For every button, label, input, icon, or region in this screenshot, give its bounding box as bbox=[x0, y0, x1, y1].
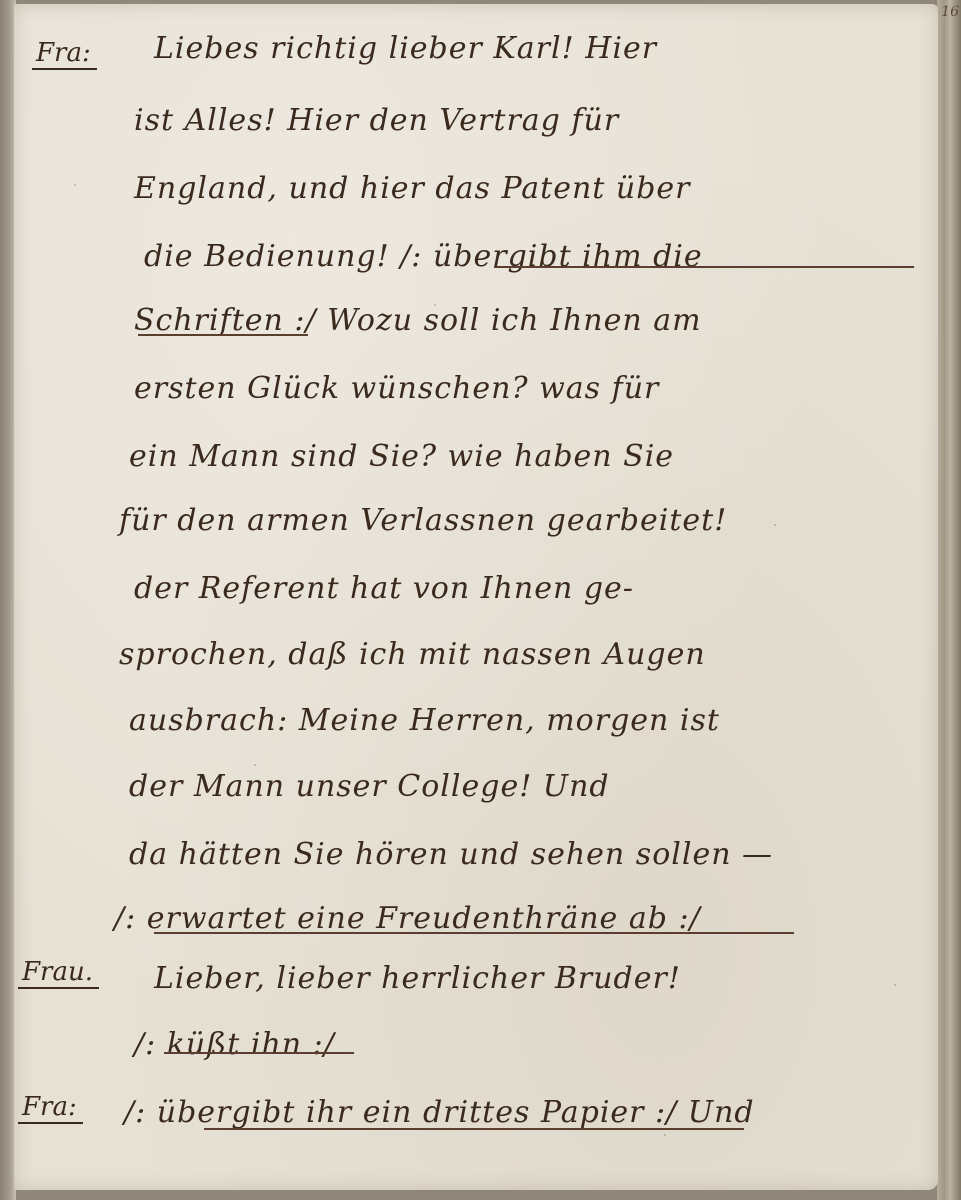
manuscript-line: ein Mann sind Sie? wie haben Sie bbox=[129, 442, 674, 472]
manuscript-line: England, und hier das Patent über bbox=[134, 174, 691, 204]
paper-speck bbox=[74, 184, 76, 186]
manuscript-line: /: übergibt ihr ein drittes Papier :/ Un… bbox=[124, 1098, 755, 1128]
stage-direction-underline bbox=[164, 1052, 354, 1054]
speaker-label: Fra: bbox=[32, 40, 97, 70]
manuscript-line: der Referent hat von Ihnen ge- bbox=[134, 574, 634, 604]
stage-direction-underline bbox=[494, 266, 914, 268]
manuscript-line: ausbrach: Meine Herren, morgen ist bbox=[129, 706, 720, 736]
manuscript-line: sprochen, daß ich mit nassen Augen bbox=[119, 640, 706, 670]
stage-direction-underline bbox=[204, 1128, 744, 1130]
book-binding-edge: 16 bbox=[937, 0, 961, 1200]
paper-speck bbox=[894, 984, 896, 986]
manuscript-paper: Fra: Frau. Fra: Liebes richtig lieber Ka… bbox=[14, 4, 938, 1190]
manuscript-scan: 16 Fra: Frau. Fra: Liebes richtig lieber… bbox=[0, 0, 961, 1200]
speaker-label: Frau. bbox=[18, 959, 99, 989]
manuscript-line: da hätten Sie hören und sehen sollen — bbox=[129, 840, 773, 870]
manuscript-line: für den armen Verlassnen gearbeitet! bbox=[119, 506, 727, 536]
paper-speck bbox=[254, 764, 256, 766]
manuscript-line: Lieber, lieber herrlicher Bruder! bbox=[154, 964, 681, 994]
speaker-label: Fra: bbox=[18, 1094, 83, 1124]
manuscript-line: /: küßt ihn :/ bbox=[134, 1030, 335, 1060]
manuscript-line: ersten Glück wünschen? was für bbox=[134, 374, 659, 404]
manuscript-line: Liebes richtig lieber Karl! Hier bbox=[154, 34, 657, 64]
paper-speck bbox=[774, 524, 776, 526]
manuscript-line: Schriften :/ Wozu soll ich Ihnen am bbox=[134, 306, 702, 336]
stage-direction-underline bbox=[138, 334, 308, 336]
manuscript-line: ist Alles! Hier den Vertrag für bbox=[134, 106, 619, 136]
manuscript-line: /: erwartet eine Freudenthräne ab :/ bbox=[114, 904, 701, 934]
stage-direction-underline bbox=[154, 932, 794, 934]
paper-speck bbox=[664, 1134, 666, 1136]
manuscript-line: der Mann unser College! Und bbox=[129, 772, 610, 802]
page-number: 16 bbox=[941, 4, 959, 20]
